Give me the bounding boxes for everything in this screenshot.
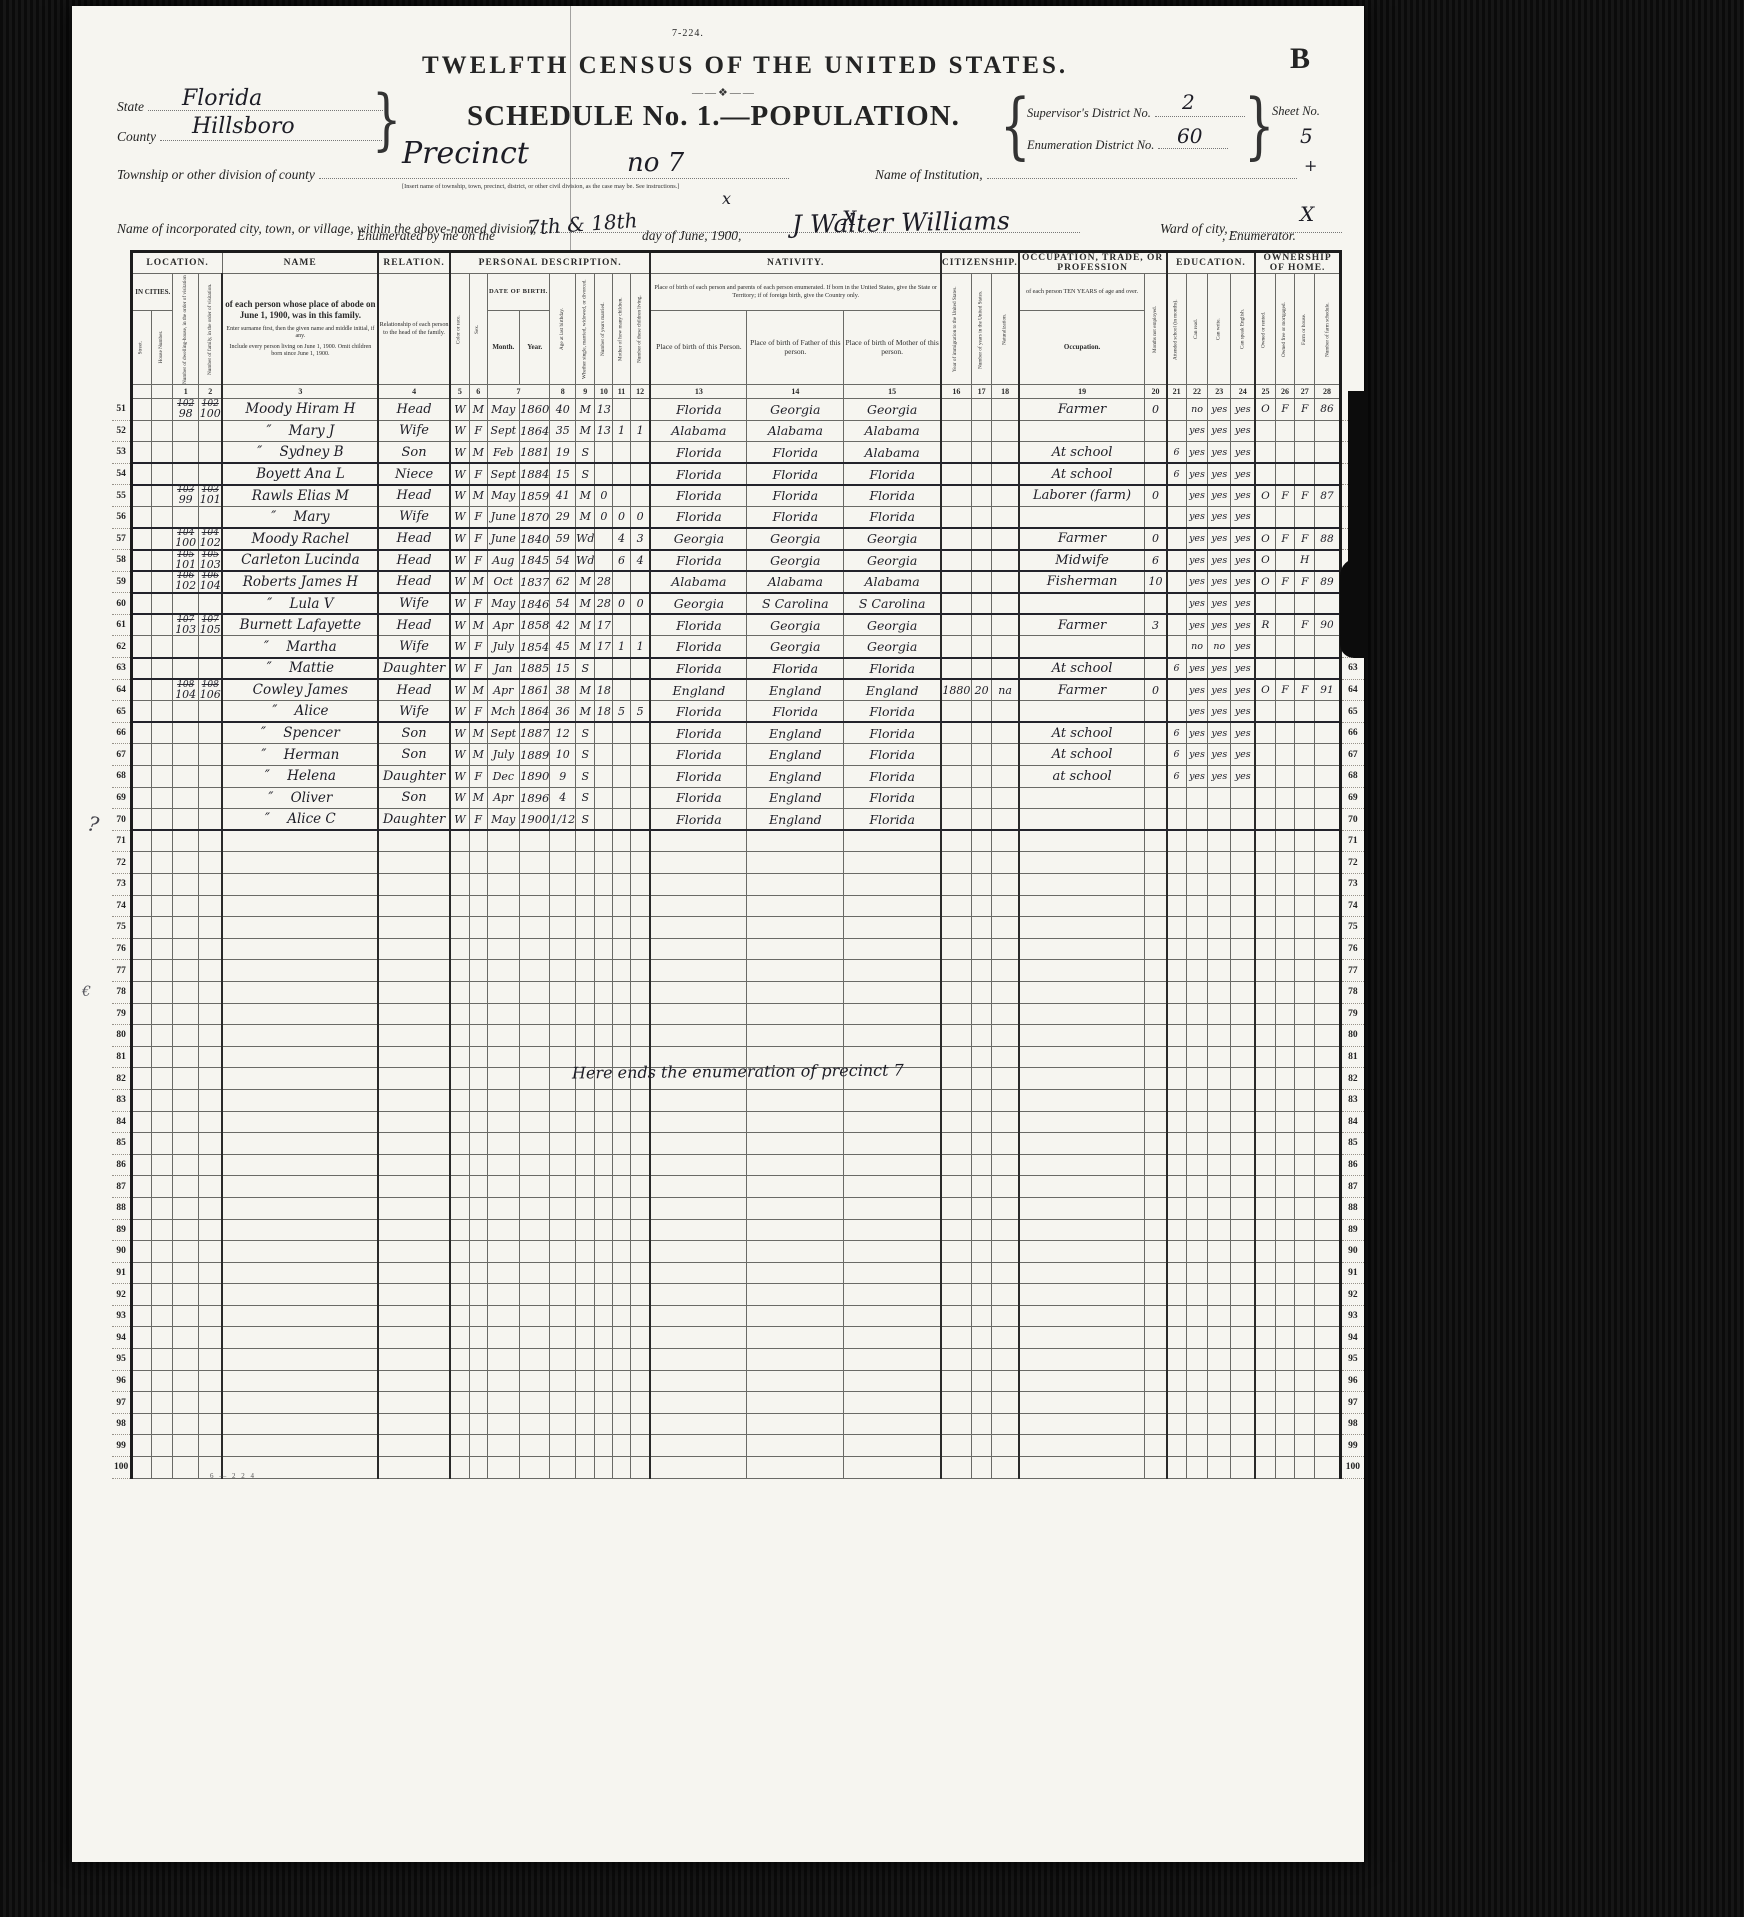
cell-mother_of (613, 960, 630, 982)
cell-pob_mother (844, 852, 941, 874)
cell-pob (650, 1327, 746, 1349)
colnum-27: 27 (1295, 384, 1315, 398)
cell-family (199, 658, 223, 680)
cell-pob_father: Florida (747, 506, 844, 528)
cell-yrs_us (971, 1219, 992, 1241)
cell-street (132, 1025, 152, 1047)
row-number-left: 58 (112, 550, 132, 572)
cell-marital (576, 1457, 595, 1479)
cell-farm (1295, 463, 1315, 485)
cell-marital (576, 1176, 595, 1198)
cell-name (222, 917, 378, 939)
cell-age (550, 981, 576, 1003)
cell-immigration (941, 1413, 971, 1435)
cell-color: W (450, 701, 470, 723)
cell-yrs_married: 28 (595, 571, 613, 593)
cell-pob_mother (844, 1435, 941, 1457)
cell-name (222, 1197, 378, 1219)
cell-name: ″ Mattie (222, 658, 378, 680)
cell-immigration (941, 744, 971, 766)
cell-months_unemp (1145, 874, 1167, 896)
cell-year (520, 981, 550, 1003)
cell-months_unemp (1145, 1089, 1167, 1111)
cell-write (1208, 787, 1231, 809)
cell-yrs_us (971, 960, 992, 982)
row-number-left: 93 (112, 1305, 132, 1327)
name-desc-main: of each person whose place of abode on J… (223, 299, 377, 322)
cell-schedule (1315, 1262, 1341, 1284)
colnum-26: 26 (1275, 384, 1295, 398)
cell-dwelling (173, 917, 199, 939)
cell-farm (1295, 787, 1315, 809)
cell-mother_of (613, 1413, 630, 1435)
cell-family (199, 1197, 223, 1219)
cell-natural (992, 1133, 1019, 1155)
district-brace-left: { (1000, 84, 1031, 168)
cell-schedule (1315, 1046, 1341, 1068)
cell-pob_father: Georgia (747, 636, 844, 658)
cell-pob_mother: Florida (844, 485, 941, 507)
cell-year (520, 1089, 550, 1111)
colnum-2: 2 (199, 384, 223, 398)
cell-family: 106104 (199, 571, 223, 593)
cell-month (487, 874, 520, 896)
cell-street (132, 550, 152, 572)
cell-write (1208, 1457, 1231, 1479)
row-number-left: 55 (112, 485, 132, 507)
cell-english: yes (1231, 550, 1256, 572)
cell-write: yes (1208, 485, 1231, 507)
cell-schedule: 88 (1315, 528, 1341, 550)
cell-farm (1295, 938, 1315, 960)
cell-schedule (1315, 463, 1341, 485)
cell-marital (576, 1197, 595, 1219)
row-number-left: 73 (112, 874, 132, 896)
cell-house (151, 1154, 172, 1176)
cell-read (1186, 1457, 1208, 1479)
cell-school (1167, 938, 1187, 960)
cell-immigration (941, 722, 971, 744)
cell-month (487, 1305, 520, 1327)
cell-year (520, 1305, 550, 1327)
cell-age (550, 938, 576, 960)
cell-marital: M (576, 593, 595, 615)
cell-schedule (1315, 593, 1341, 615)
row-number-left: 70 (112, 809, 132, 831)
cell-month (487, 938, 520, 960)
cell-pob (650, 1262, 746, 1284)
cell-months_unemp (1145, 1241, 1167, 1263)
cell-pob_mother: Florida (844, 722, 941, 744)
cell-marital (576, 1413, 595, 1435)
township-value: Precinct (402, 136, 529, 171)
cell-marital (576, 830, 595, 852)
cell-mortgage (1275, 852, 1295, 874)
table-row: 7575 (112, 917, 1364, 939)
cell-name (222, 1349, 378, 1371)
cell-month (487, 1089, 520, 1111)
cell-mother_of: 0 (613, 593, 630, 615)
cell-sex: M (469, 787, 487, 809)
row-number-right: 79 (1340, 1003, 1364, 1025)
cell-months_unemp (1145, 766, 1167, 788)
cell-school (1167, 1327, 1187, 1349)
cell-year (520, 1025, 550, 1047)
cell-months_unemp (1145, 1284, 1167, 1306)
cell-relation: Wife (378, 420, 450, 442)
cell-school (1167, 679, 1187, 701)
cell-mother_of: 6 (613, 550, 630, 572)
cell-natural (992, 1327, 1019, 1349)
cell-mother_of (613, 1262, 630, 1284)
cell-family (199, 1068, 223, 1090)
cell-yrs_us (971, 1305, 992, 1327)
cell-immigration (941, 1241, 971, 1263)
cell-pob_father (747, 1370, 844, 1392)
cell-year: 1885 (520, 658, 550, 680)
cell-pob_mother (844, 1392, 941, 1414)
cell-year: 1864 (520, 420, 550, 442)
cell-marital (576, 1003, 595, 1025)
cell-street (132, 442, 152, 464)
row-number-right: 67 (1340, 744, 1364, 766)
cell-mother_of (613, 1025, 630, 1047)
cell-read: no (1186, 398, 1208, 420)
header-sex: Sex. (469, 274, 487, 385)
cell-yrs_us (971, 1133, 992, 1155)
cell-immigration (941, 1068, 971, 1090)
cell-house (151, 852, 172, 874)
row-number-left: 53 (112, 442, 132, 464)
cell-english (1231, 1349, 1256, 1371)
cell-house (151, 614, 172, 636)
cell-write (1208, 1262, 1231, 1284)
cell-immigration (941, 960, 971, 982)
cell-months_unemp (1145, 658, 1167, 680)
cell-mother_of (613, 1133, 630, 1155)
cell-pob_father (747, 1111, 844, 1133)
cell-pob (650, 1219, 746, 1241)
cell-natural (992, 614, 1019, 636)
colnum-22: 22 (1186, 384, 1208, 398)
cell-yrs_married (595, 550, 613, 572)
cell-living (630, 960, 650, 982)
cell-natural (992, 442, 1019, 464)
cell-name: Carleton Lucinda (222, 550, 378, 572)
table-row: 9090 (112, 1241, 1364, 1263)
cell-pob_father (747, 1025, 844, 1047)
cell-age (550, 852, 576, 874)
cell-mortgage (1275, 1068, 1295, 1090)
cell-pob_father: Florida (747, 485, 844, 507)
cell-owned (1255, 506, 1275, 528)
cell-yrs_married: 18 (595, 679, 613, 701)
cell-sex (469, 1025, 487, 1047)
table-row: 7474 (112, 895, 1364, 917)
cell-yrs_married: 0 (595, 506, 613, 528)
row-number-right: 86 (1340, 1154, 1364, 1176)
footer-note: 6 — 2 2 4 (210, 1472, 256, 1480)
colnum-14: 14 (747, 384, 844, 398)
cell-name: Moody Rachel (222, 528, 378, 550)
cell-school (1167, 1219, 1187, 1241)
cell-pob: Georgia (650, 593, 746, 615)
cell-occupation (1019, 981, 1145, 1003)
cell-school (1167, 1392, 1187, 1414)
cell-street (132, 614, 152, 636)
cell-months_unemp (1145, 809, 1167, 831)
cell-age: 29 (550, 506, 576, 528)
cell-yrs_us (971, 1046, 992, 1068)
cell-yrs_married (595, 895, 613, 917)
cell-months_unemp (1145, 1327, 1167, 1349)
cell-pob: Florida (650, 636, 746, 658)
cell-pob (650, 1435, 746, 1457)
cell-mortgage (1275, 1327, 1295, 1349)
cell-name (222, 1370, 378, 1392)
cell-immigration (941, 1154, 971, 1176)
cell-schedule (1315, 1197, 1341, 1219)
cell-marital (576, 895, 595, 917)
cell-name (222, 1176, 378, 1198)
row-number-right: 74 (1340, 895, 1364, 917)
cell-house (151, 744, 172, 766)
cell-house (151, 830, 172, 852)
cell-living (630, 1327, 650, 1349)
cell-pob: Florida (650, 722, 746, 744)
cell-farm: F (1295, 571, 1315, 593)
cell-owned: O (1255, 550, 1275, 572)
row-number-left: 83 (112, 1089, 132, 1111)
cell-mortgage (1275, 1176, 1295, 1198)
row-number-right: 98 (1340, 1413, 1364, 1435)
cell-months_unemp (1145, 636, 1167, 658)
cell-pob (650, 1197, 746, 1219)
cell-mortgage (1275, 463, 1295, 485)
cell-pob: Alabama (650, 571, 746, 593)
cell-english: yes (1231, 593, 1256, 615)
cell-natural (992, 485, 1019, 507)
cell-family (199, 1176, 223, 1198)
cell-farm (1295, 420, 1315, 442)
cell-marital: M (576, 506, 595, 528)
cell-farm: F (1295, 679, 1315, 701)
cell-year (520, 1349, 550, 1371)
cell-month (487, 1068, 520, 1090)
cell-natural (992, 658, 1019, 680)
cell-pob (650, 852, 746, 874)
cell-write (1208, 1154, 1231, 1176)
cell-read: yes (1186, 744, 1208, 766)
cell-pob_mother (844, 1219, 941, 1241)
cell-schedule (1315, 787, 1341, 809)
cell-read (1186, 1349, 1208, 1371)
cell-house (151, 1305, 172, 1327)
cell-immigration (941, 895, 971, 917)
cell-write (1208, 1111, 1231, 1133)
cell-relation: Head (378, 550, 450, 572)
cell-months_unemp (1145, 960, 1167, 982)
cell-mother_of (613, 1370, 630, 1392)
cell-pob_father (747, 895, 844, 917)
cell-living (630, 1370, 650, 1392)
row-number-left: 52 (112, 420, 132, 442)
cell-yrs_married (595, 463, 613, 485)
cell-write (1208, 1327, 1231, 1349)
cell-relation (378, 1262, 450, 1284)
header-can-read: Can read. (1186, 274, 1208, 385)
cell-write (1208, 938, 1231, 960)
cell-mother_of (613, 463, 630, 485)
cell-natural: na (992, 679, 1019, 701)
cell-pob_father: England (747, 766, 844, 788)
cell-immigration (941, 1197, 971, 1219)
cell-natural (992, 938, 1019, 960)
cell-street (132, 981, 152, 1003)
cell-english: yes (1231, 442, 1256, 464)
cell-month: Sept (487, 420, 520, 442)
cell-year (520, 1003, 550, 1025)
sheet-value: 5 (1300, 124, 1313, 148)
cell-marital: M (576, 701, 595, 723)
cell-street (132, 874, 152, 896)
cell-name (222, 1241, 378, 1263)
table-row: 9797 (112, 1392, 1364, 1414)
census-table: LOCATION. NAME RELATION. PERSONAL DESCRI… (112, 250, 1364, 1479)
cell-natural (992, 1154, 1019, 1176)
cell-street (132, 1089, 152, 1111)
cell-month (487, 852, 520, 874)
cell-natural (992, 852, 1019, 874)
cell-dwelling (173, 593, 199, 615)
cell-sex: F (469, 593, 487, 615)
cell-school (1167, 701, 1187, 723)
cell-yrs_us (971, 571, 992, 593)
row-number-right: 70 (1340, 809, 1364, 831)
row-number-right: 93 (1340, 1305, 1364, 1327)
cell-family (199, 1262, 223, 1284)
row-number-right: 96 (1340, 1370, 1364, 1392)
cell-school (1167, 830, 1187, 852)
cell-living (630, 722, 650, 744)
cell-schedule (1315, 658, 1341, 680)
cell-living (630, 442, 650, 464)
ward-value: X (1300, 202, 1314, 226)
table-row: 54Boyett Ana LNieceWFSept188415SFloridaF… (112, 463, 1364, 485)
cell-english (1231, 1370, 1256, 1392)
enumeration-value: 60 (1177, 124, 1202, 148)
cell-pob_mother (844, 1305, 941, 1327)
cell-months_unemp (1145, 1435, 1167, 1457)
cell-immigration (941, 1284, 971, 1306)
cell-immigration (941, 506, 971, 528)
cell-owned (1255, 1046, 1275, 1068)
cell-farm (1295, 981, 1315, 1003)
cell-family (199, 1046, 223, 1068)
row-number-right: 88 (1340, 1197, 1364, 1219)
header-occupation-sub: of each person TEN YEARS of age and over… (1019, 274, 1145, 311)
cell-owned (1255, 852, 1275, 874)
cell-natural (992, 1089, 1019, 1111)
cell-schedule (1315, 1219, 1341, 1241)
cell-month (487, 1133, 520, 1155)
cell-dwelling (173, 1370, 199, 1392)
cell-year (520, 830, 550, 852)
cell-house (151, 701, 172, 723)
cell-pob_mother: Florida (844, 787, 941, 809)
cell-immigration (941, 1111, 971, 1133)
cell-immigration (941, 1133, 971, 1155)
enumerator-signature: J Walter Williams (792, 206, 1010, 239)
cell-sex: M (469, 485, 487, 507)
cell-schedule (1315, 960, 1341, 982)
header-farm-schedule-number: Number of farm schedule. (1315, 274, 1341, 385)
header-group-row: LOCATION. NAME RELATION. PERSONAL DESCRI… (112, 252, 1364, 274)
cell-street (132, 766, 152, 788)
township-mark: x (722, 189, 731, 208)
cell-month: May (487, 809, 520, 831)
cell-pob_mother (844, 1349, 941, 1371)
cell-occupation (1019, 1154, 1145, 1176)
cell-month: Apr (487, 614, 520, 636)
cell-sex: M (469, 442, 487, 464)
cell-color (450, 1197, 470, 1219)
cell-english (1231, 1435, 1256, 1457)
cell-year (520, 895, 550, 917)
colnum-15: 15 (844, 384, 941, 398)
table-row: 65″ AliceWifeWFMch186436M1855FloridaFlor… (112, 701, 1364, 723)
cell-immigration (941, 917, 971, 939)
cell-name: ″ Martha (222, 636, 378, 658)
cell-dwelling (173, 960, 199, 982)
cell-color (450, 960, 470, 982)
cell-yrs_married (595, 744, 613, 766)
cell-relation: Son (378, 442, 450, 464)
cell-relation (378, 1349, 450, 1371)
cell-write: yes (1208, 744, 1231, 766)
cell-marital: S (576, 722, 595, 744)
group-personal: PERSONAL DESCRIPTION. (450, 252, 651, 274)
cell-occupation (1019, 1176, 1145, 1198)
cell-owned (1255, 1068, 1275, 1090)
cell-pob_mother (844, 1284, 941, 1306)
cell-months_unemp (1145, 787, 1167, 809)
cell-month (487, 1457, 520, 1479)
township-hint: [Insert name of township, town, precinct… (402, 183, 679, 190)
cell-farm (1295, 874, 1315, 896)
cell-english (1231, 1457, 1256, 1479)
cell-pob_father (747, 1349, 844, 1371)
cell-english (1231, 938, 1256, 960)
cell-months_unemp (1145, 938, 1167, 960)
cell-read (1186, 1025, 1208, 1047)
cell-age (550, 917, 576, 939)
cell-name (222, 1435, 378, 1457)
cell-house (151, 981, 172, 1003)
cell-color: W (450, 420, 470, 442)
cell-relation (378, 1370, 450, 1392)
cell-dwelling (173, 1197, 199, 1219)
cell-school: 6 (1167, 766, 1187, 788)
cell-age (550, 1284, 576, 1306)
cell-natural (992, 1262, 1019, 1284)
cell-occupation (1019, 1197, 1145, 1219)
cell-occupation (1019, 1413, 1145, 1435)
cell-pob (650, 1241, 746, 1263)
scan-blob-artifact (1340, 558, 1368, 658)
cell-yrs_married (595, 1176, 613, 1198)
cell-living (630, 1349, 650, 1371)
